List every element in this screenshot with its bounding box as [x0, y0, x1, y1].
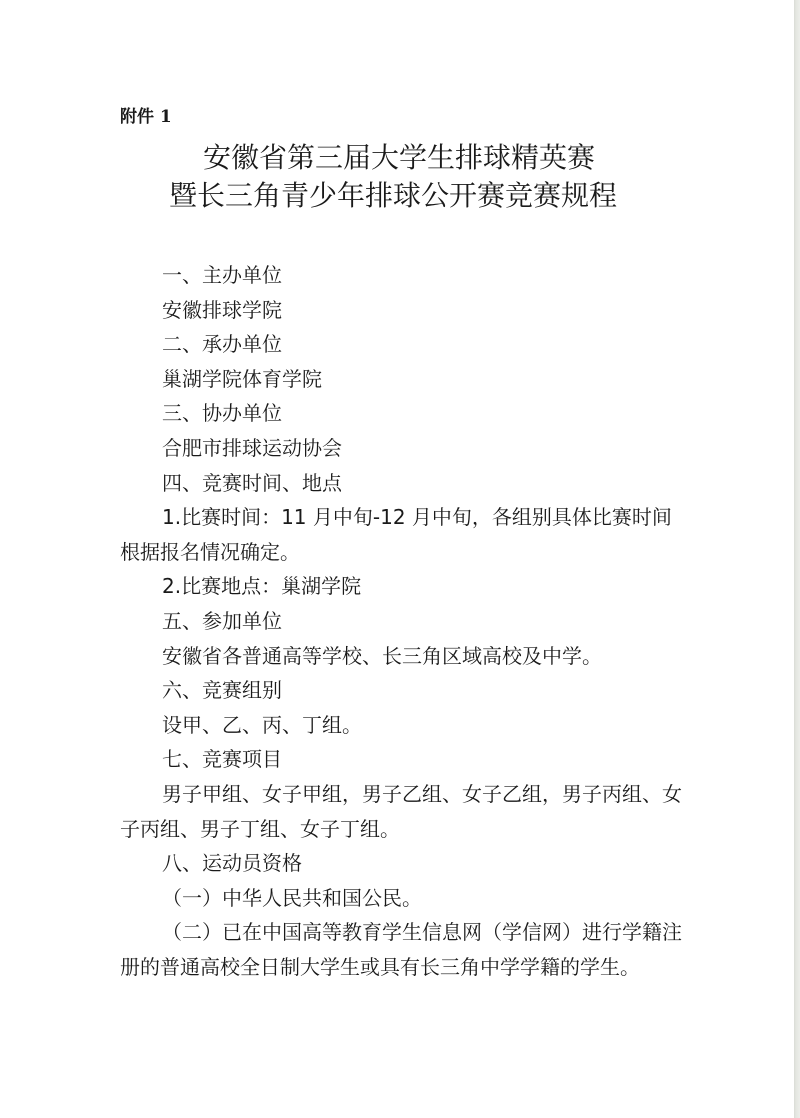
section-heading-eligibility: 八、运动员资格 — [120, 846, 690, 881]
document-title-line-2: 暨长三角青少年排球公开赛竞赛规程 — [0, 176, 790, 216]
section-heading-organizer: 一、主办单位 — [120, 258, 690, 293]
section-content-host: 巢湖学院体育学院 — [120, 362, 690, 397]
section-heading-time-location: 四、竞赛时间、地点 — [120, 466, 690, 501]
section-content-events: 男子甲组、女子甲组，男子乙组、女子乙组，男子丙组、女子丙组、男子丁组、女子丁组。 — [120, 777, 690, 846]
section-content-groups: 设甲、乙、丙、丁组。 — [120, 708, 690, 743]
section-heading-groups: 六、竞赛组别 — [120, 673, 690, 708]
section-heading-events: 七、竞赛项目 — [120, 742, 690, 777]
document-title-line-1: 安徽省第三届大学生排球精英赛 — [2, 138, 796, 178]
section-content-co-organizer: 合肥市排球运动协会 — [120, 431, 690, 466]
section-content-location: 2.比赛地点：巢湖学院 — [120, 569, 690, 604]
section-content-organizer: 安徽排球学院 — [120, 293, 690, 328]
page-edge-shadow — [794, 0, 800, 1118]
section-content-participants: 安徽省各普通高等学校、长三角区域高校及中学。 — [120, 639, 690, 674]
attachment-label: 附件 1 — [120, 102, 172, 127]
document-body: 一、主办单位 安徽排球学院 二、承办单位 巢湖学院体育学院 三、协办单位 合肥市… — [120, 258, 690, 984]
section-content-eligibility-1: （一）中华人民共和国公民。 — [120, 881, 690, 916]
section-heading-co-organizer: 三、协办单位 — [120, 396, 690, 431]
document-page: 附件 1 安徽省第三届大学生排球精英赛 暨长三角青少年排球公开赛竞赛规程 一、主… — [0, 0, 794, 1118]
section-content-time: 1.比赛时间：11 月中旬-12 月中旬，各组别具体比赛时间根据报名情况确定。 — [120, 500, 690, 569]
section-content-eligibility-2: （二）已在中国高等教育学生信息网（学信网）进行学籍注册的普通高校全日制大学生或具… — [120, 915, 690, 984]
section-heading-participants: 五、参加单位 — [120, 604, 690, 639]
section-heading-host: 二、承办单位 — [120, 327, 690, 362]
